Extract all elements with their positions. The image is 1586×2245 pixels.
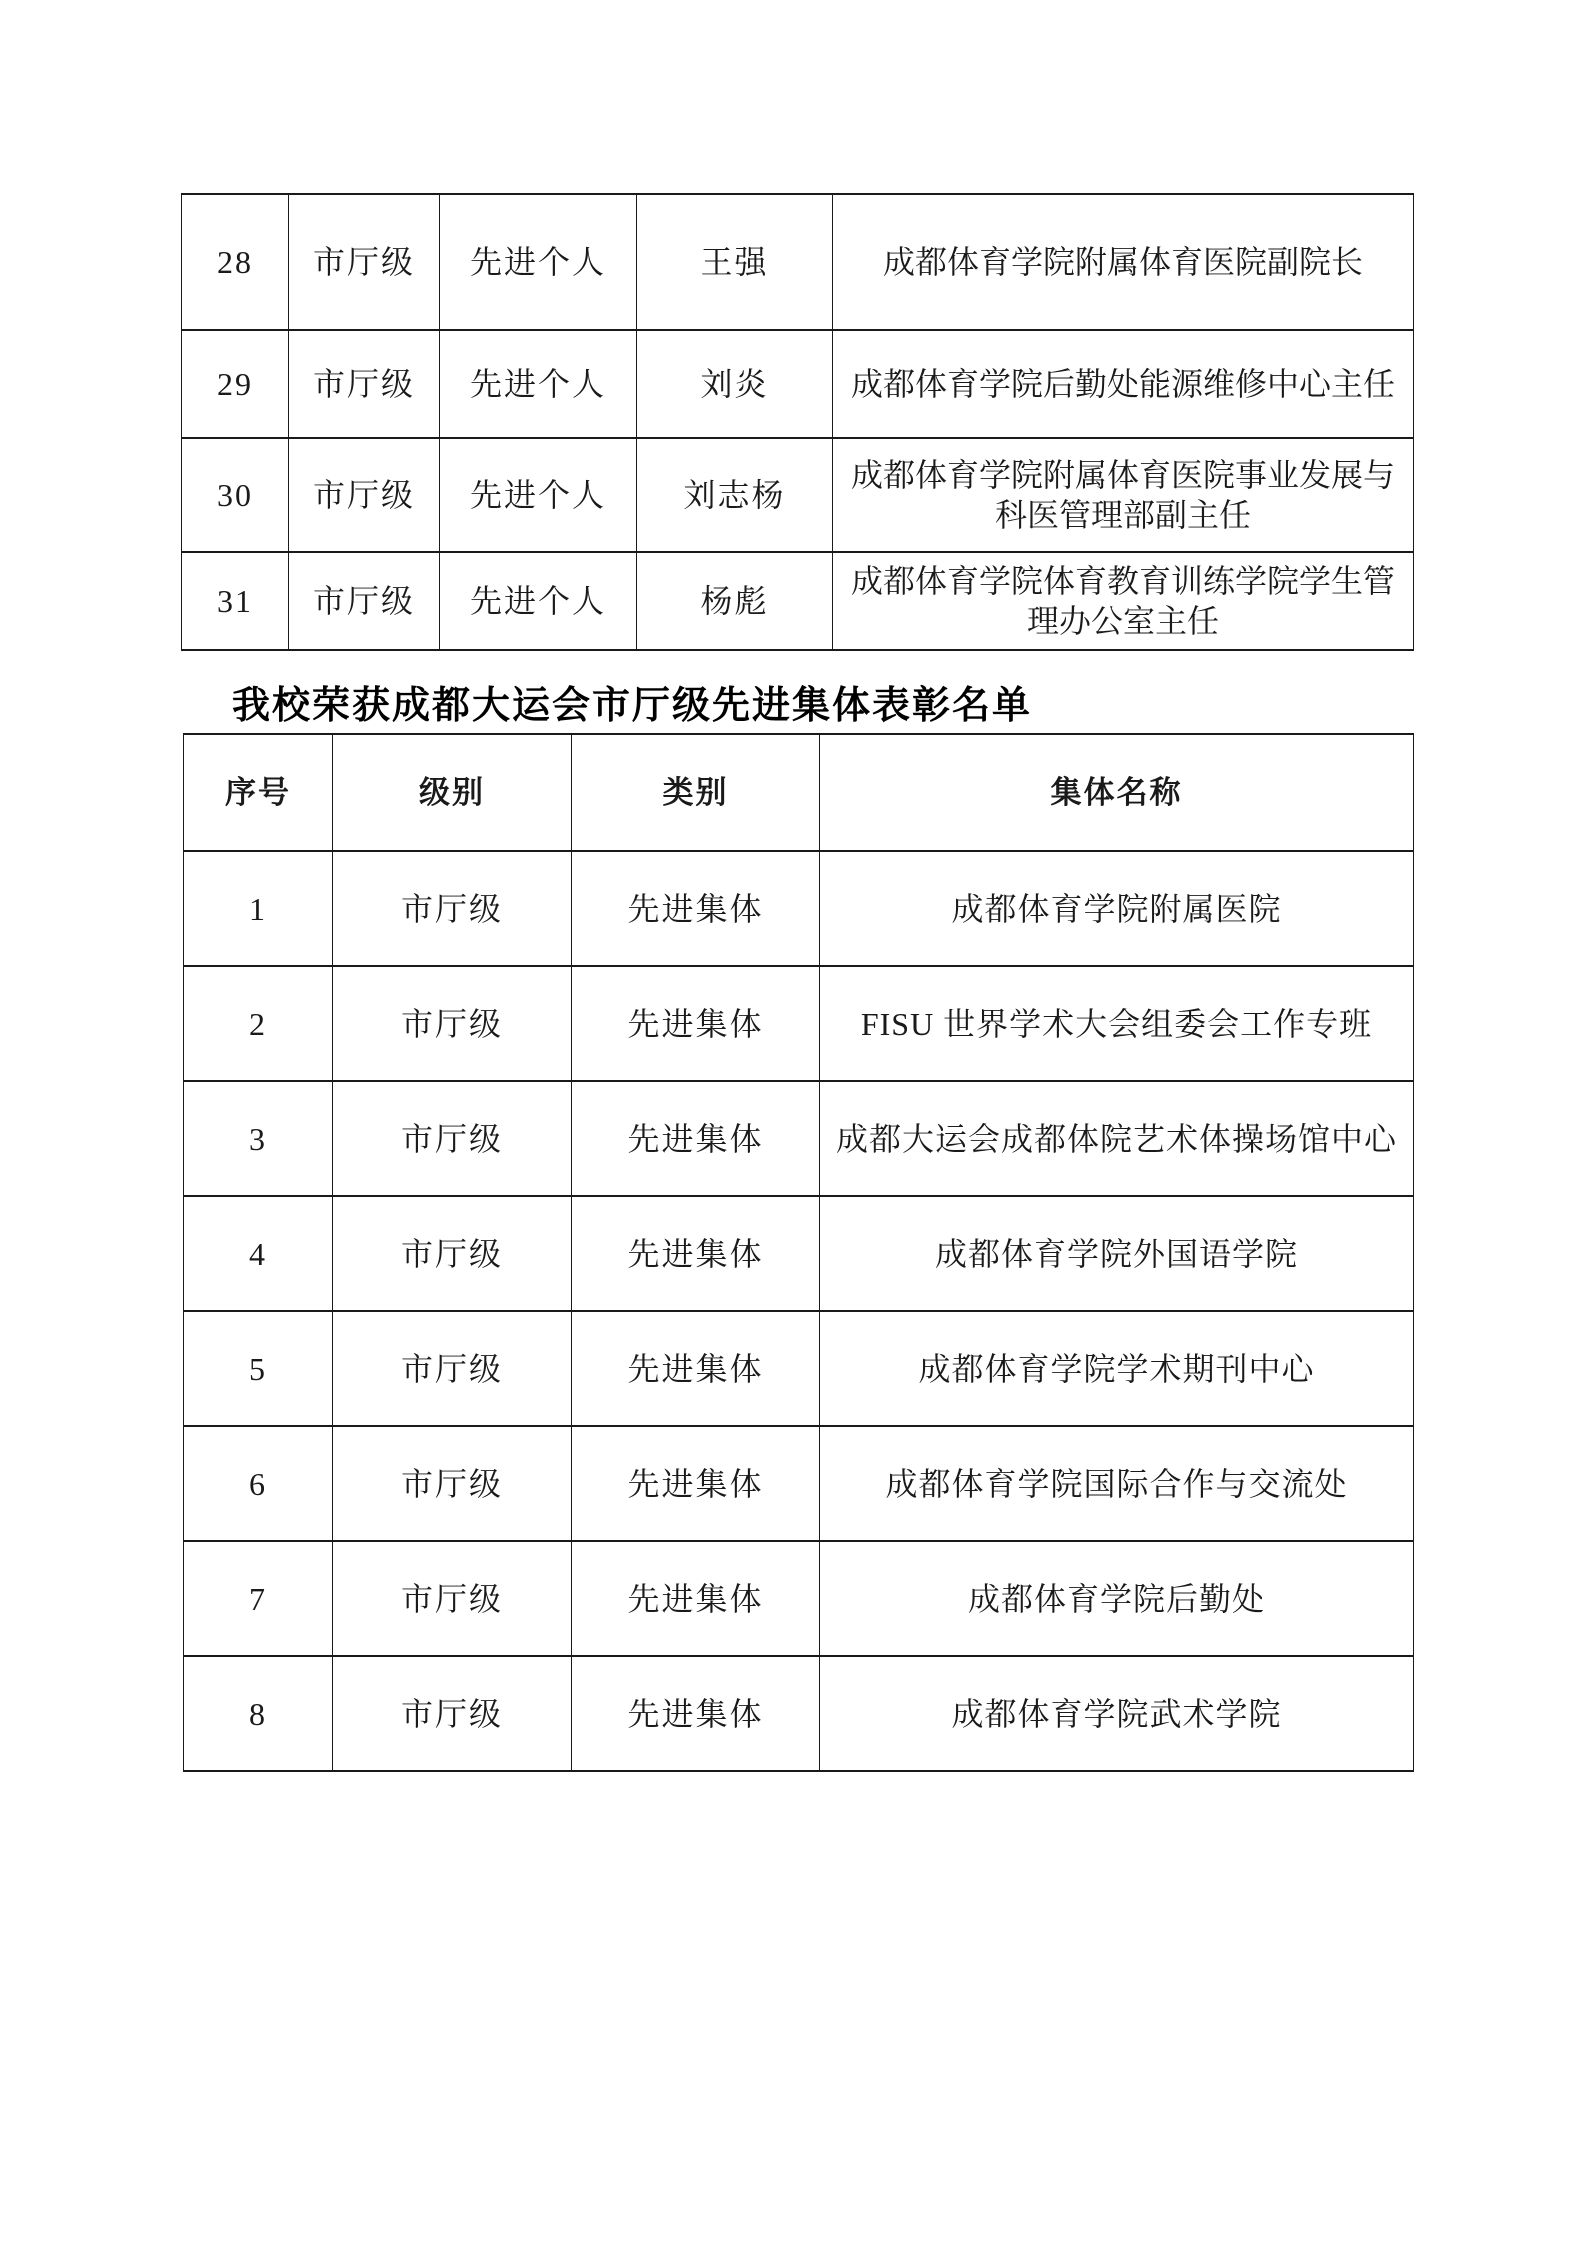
header-level: 级别 (333, 734, 572, 851)
header-collective-name: 集体名称 (820, 734, 1414, 851)
header-no: 序号 (184, 734, 333, 851)
title-cell: 成都体育学院附属体育医院副院长 (833, 194, 1414, 330)
individual-awards-table: 28 市厅级 先进个人 王强 成都体育学院附属体育医院副院长 29 市厅级 先进… (181, 193, 1414, 651)
level-cell: 市厅级 (333, 1541, 572, 1656)
name-cell: 刘志杨 (637, 438, 833, 552)
level-cell: 市厅级 (333, 1081, 572, 1196)
table-row: 3 市厅级 先进集体 成都大运会成都体院艺术体操场馆中心 (184, 1081, 1414, 1196)
table-row: 28 市厅级 先进个人 王强 成都体育学院附属体育医院副院长 (182, 194, 1414, 330)
category-cell: 先进集体 (572, 1656, 820, 1771)
level-cell: 市厅级 (333, 966, 572, 1081)
table-row: 4 市厅级 先进集体 成都体育学院外国语学院 (184, 1196, 1414, 1311)
level-cell: 市厅级 (289, 194, 440, 330)
row-number-cell: 8 (184, 1656, 333, 1771)
collective-name-cell: 成都体育学院后勤处 (820, 1541, 1414, 1656)
table-row: 1 市厅级 先进集体 成都体育学院附属医院 (184, 851, 1414, 966)
table-row: 2 市厅级 先进集体 FISU 世界学术大会组委会工作专班 (184, 966, 1414, 1081)
row-number-cell: 5 (184, 1311, 333, 1426)
row-number-cell: 3 (184, 1081, 333, 1196)
row-number-cell: 6 (184, 1426, 333, 1541)
collective-name-cell: 成都大运会成都体院艺术体操场馆中心 (820, 1081, 1414, 1196)
name-cell: 杨彪 (637, 552, 833, 650)
table-row: 30 市厅级 先进个人 刘志杨 成都体育学院附属体育医院事业发展与 科医管理部副… (182, 438, 1414, 552)
table-row: 5 市厅级 先进集体 成都体育学院学术期刊中心 (184, 1311, 1414, 1426)
category-cell: 先进集体 (572, 966, 820, 1081)
row-number-cell: 7 (184, 1541, 333, 1656)
title-cell: 成都体育学院附属体育医院事业发展与 科医管理部副主任 (833, 438, 1414, 552)
collective-name-cell: 成都体育学院学术期刊中心 (820, 1311, 1414, 1426)
table-row: 29 市厅级 先进个人 刘炎 成都体育学院后勤处能源维修中心主任 (182, 330, 1414, 438)
category-cell: 先进个人 (440, 330, 637, 438)
collective-name-cell: 成都体育学院武术学院 (820, 1656, 1414, 1771)
title-cell: 成都体育学院后勤处能源维修中心主任 (833, 330, 1414, 438)
level-cell: 市厅级 (333, 1656, 572, 1771)
document-page: 28 市厅级 先进个人 王强 成都体育学院附属体育医院副院长 29 市厅级 先进… (0, 0, 1586, 2245)
name-cell: 刘炎 (637, 330, 833, 438)
row-number-cell: 4 (184, 1196, 333, 1311)
level-cell: 市厅级 (289, 330, 440, 438)
level-cell: 市厅级 (333, 1426, 572, 1541)
level-cell: 市厅级 (333, 1196, 572, 1311)
table-row: 6 市厅级 先进集体 成都体育学院国际合作与交流处 (184, 1426, 1414, 1541)
collective-name-cell: FISU 世界学术大会组委会工作专班 (820, 966, 1414, 1081)
row-number-cell: 1 (184, 851, 333, 966)
row-number-cell: 31 (182, 552, 289, 650)
category-cell: 先进集体 (572, 1426, 820, 1541)
collective-name-cell: 成都体育学院附属医院 (820, 851, 1414, 966)
title-cell: 成都体育学院体育教育训练学院学生管 理办公室主任 (833, 552, 1414, 650)
row-number-cell: 2 (184, 966, 333, 1081)
category-cell: 先进集体 (572, 851, 820, 966)
category-cell: 先进个人 (440, 438, 637, 552)
row-number-cell: 30 (182, 438, 289, 552)
category-cell: 先进集体 (572, 1081, 820, 1196)
row-number-cell: 29 (182, 330, 289, 438)
collective-name-cell: 成都体育学院国际合作与交流处 (820, 1426, 1414, 1541)
level-cell: 市厅级 (333, 1311, 572, 1426)
category-cell: 先进集体 (572, 1541, 820, 1656)
category-cell: 先进个人 (440, 552, 637, 650)
header-row: 序号 级别 类别 集体名称 (184, 734, 1414, 851)
level-cell: 市厅级 (289, 438, 440, 552)
header-category: 类别 (572, 734, 820, 851)
collective-name-cell: 成都体育学院外国语学院 (820, 1196, 1414, 1311)
level-cell: 市厅级 (289, 552, 440, 650)
table-row: 31 市厅级 先进个人 杨彪 成都体育学院体育教育训练学院学生管 理办公室主任 (182, 552, 1414, 650)
category-cell: 先进集体 (572, 1311, 820, 1426)
level-cell: 市厅级 (333, 851, 572, 966)
category-cell: 先进个人 (440, 194, 637, 330)
table-row: 7 市厅级 先进集体 成都体育学院后勤处 (184, 1541, 1414, 1656)
table-row: 8 市厅级 先进集体 成都体育学院武术学院 (184, 1656, 1414, 1771)
row-number-cell: 28 (182, 194, 289, 330)
category-cell: 先进集体 (572, 1196, 820, 1311)
collective-awards-table: 序号 级别 类别 集体名称 1 市厅级 先进集体 成都体育学院附属医院 2 市厅… (183, 733, 1414, 1772)
section-heading: 我校荣获成都大运会市厅级先进集体表彰名单 (232, 674, 1032, 729)
name-cell: 王强 (637, 194, 833, 330)
